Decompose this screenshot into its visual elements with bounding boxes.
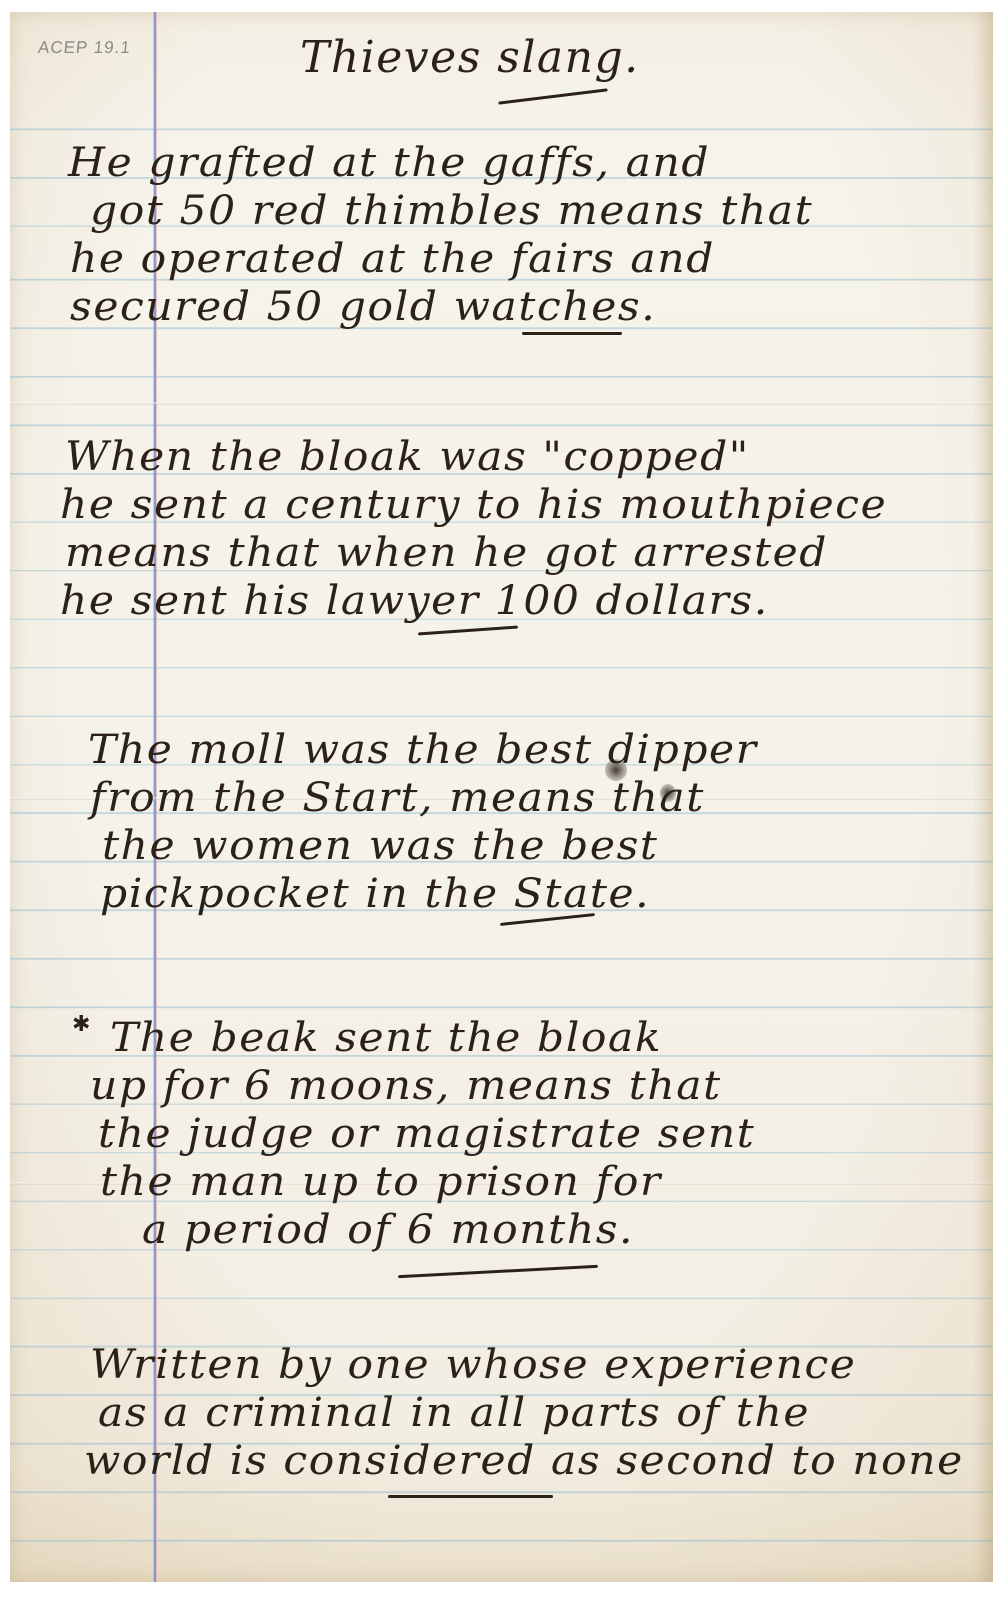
paragraph-2-line-2: he sent a century to his mouthpiece: [60, 482, 887, 528]
ink-blot: [605, 759, 627, 781]
paragraph-4-line-1: The beak sent the bloak: [110, 1015, 662, 1061]
paragraph-3-line-3: the women was the best: [102, 823, 659, 869]
paragraph-3-line-1: The moll was the best dipper: [88, 727, 758, 773]
paragraph-2-line-3: means that when he got arrested: [65, 530, 828, 576]
catalog-mark: ACEP 19.1: [37, 38, 132, 58]
paragraph-3-line-4: pickpocket in the State.: [100, 871, 650, 917]
paragraph-4-line-2: up for 6 moons, means that: [90, 1063, 722, 1109]
paragraph-1-line-3: he operated at the fairs and: [70, 236, 715, 282]
page-title: Thieves slang.: [300, 32, 640, 83]
paragraph-4-line-4: the man up to prison for: [100, 1159, 662, 1205]
manuscript-page: ACEP 19.1 Thieves slang. He grafted at t…: [10, 12, 993, 1582]
ink-blot: [660, 784, 676, 802]
paragraph-2-line-1: When the bloak was "copped": [65, 434, 750, 480]
closing-line-1: Written by one whose experience: [90, 1342, 856, 1388]
closing-line-3: world is considered as second to none: [84, 1438, 964, 1484]
paragraph-2-line-4: he sent his lawyer 100 dollars.: [60, 578, 769, 624]
paragraph-4-line-3: the judge or magistrate sent: [98, 1111, 755, 1157]
closing-rule: [388, 1495, 553, 1498]
word-underline: [522, 332, 622, 335]
paragraph-1-line-1: He grafted at the gaffs, and: [68, 140, 710, 186]
paragraph-4-line-5: a period of 6 months.: [142, 1207, 634, 1253]
paragraph-3-line-2: from the Start, means that: [90, 775, 705, 821]
closing-line-2: as a criminal in all parts of the: [98, 1390, 810, 1436]
paragraph-1-line-4: secured 50 gold watches.: [70, 284, 656, 330]
paper-fold: [10, 402, 993, 405]
margin-mark-icon: ✱: [72, 1012, 90, 1037]
title-underline: [498, 88, 608, 104]
paragraph-1-line-2: got 50 red thimbles means that: [90, 188, 813, 234]
